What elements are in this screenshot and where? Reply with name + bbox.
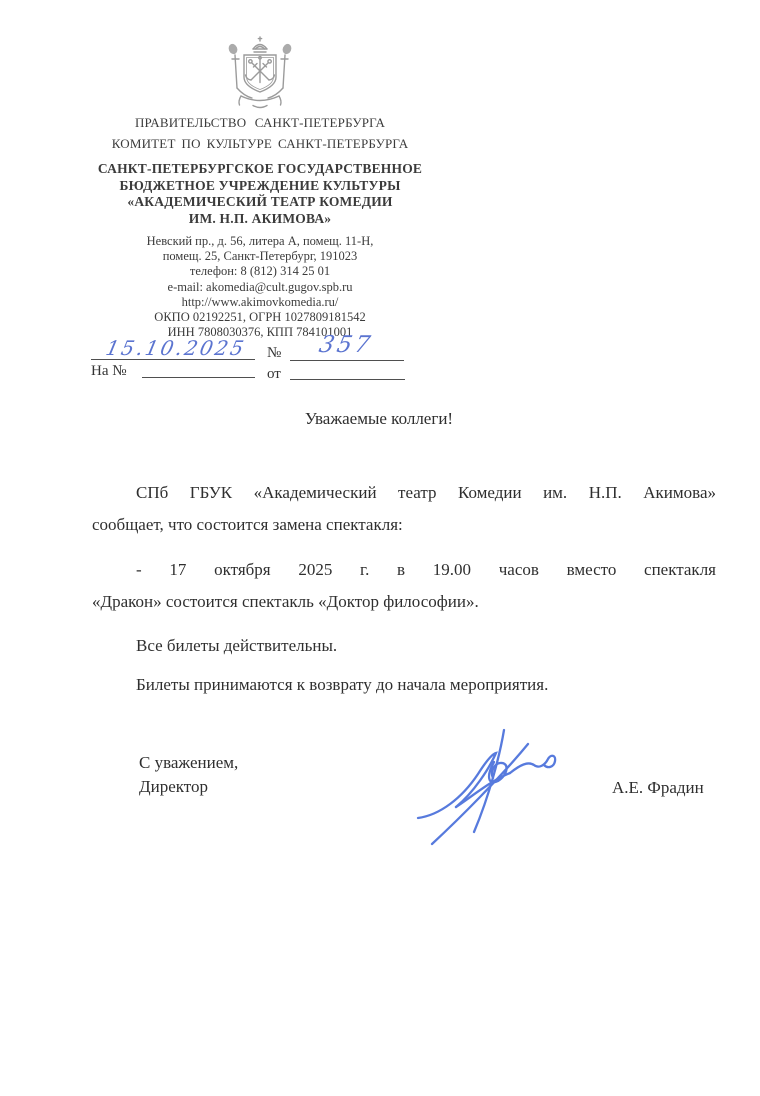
org-name-line-1: САНКТ-ПЕТЕРБУРГСКОЕ ГОСУДАРСТВЕННОЕ [88,161,432,178]
reply-from-date-label: от [267,365,281,383]
closing-line-regards: С уважением, [139,751,238,775]
registration-codes-line-1: ОКПО 02192251, ОГРН 1027809181542 [88,310,432,325]
email-line: e-mail: akomedia@cult.gugov.spb.ru [88,280,432,295]
committee-line: КОМИТЕТ ПО КУЛЬТУРЕ САНКТ-ПЕТЕРБУРГА [88,136,432,152]
paragraph-refunds: Билеты принимаются к возврату до начала … [136,669,696,701]
outgoing-date-handwritten: 15.10.2025 [98,336,253,360]
saint-petersburg-coat-of-arms-icon [223,36,297,112]
address-line-2: помещ. 25, Санкт-Петербург, 191023 [88,249,432,264]
paragraph-announcement: СПб ГБУК «Академический театр Комедии им… [92,477,716,540]
paragraph-replacement-details: - 17 октября 2025 г. в 19.00 часов вмест… [92,554,716,617]
address-line-1: Невский пр., д. 56, литера А, помещ. 11-… [88,234,432,249]
date-underline [91,359,255,360]
organization-name: САНКТ-ПЕТЕРБУРГСКОЕ ГОСУДАРСТВЕННОЕ БЮДЖ… [88,161,432,227]
letterhead: ПРАВИТЕЛЬСТВО САНКТ-ПЕТЕРБУРГА КОМИТЕТ П… [88,36,432,340]
paragraph-line: СПб ГБУК «Академический театр Комедии им… [92,477,716,509]
org-name-line-2: БЮДЖЕТНОЕ УЧРЕЖДЕНИЕ КУЛЬТУРЫ [88,178,432,195]
number-sign-label: № [267,344,281,362]
website-line: http://www.akimovkomedia.ru/ [88,295,432,310]
government-line: ПРАВИТЕЛЬСТВО САНКТ-ПЕТЕРБУРГА [88,115,432,131]
number-underline [290,360,404,361]
handwritten-signature [410,718,578,848]
paragraph-line: сообщает, что состоится замена спектакля… [92,509,716,541]
phone-line: телефон: 8 (812) 314 25 01 [88,264,432,279]
reply-date-underline [290,379,405,380]
paragraph-tickets-valid: Все билеты действительны. [136,630,696,662]
closing-line-title: Директор [139,775,238,799]
closing-block: С уважением, Директор [139,751,238,798]
paragraph-line: - 17 октября 2025 г. в 19.00 часов вмест… [92,554,716,586]
reply-to-number-label: На № [91,362,127,380]
contact-details: Невский пр., д. 56, литера А, помещ. 11-… [88,234,432,340]
outgoing-number-handwritten: 357 [293,332,399,358]
reply-number-underline [142,377,255,378]
org-name-line-3: «АКАДЕМИЧЕСКИЙ ТЕАТР КОМЕДИИ [88,194,432,211]
reference-block: 15.10.2025 № 357 На № от [91,336,425,392]
org-name-line-4: ИМ. Н.П. АКИМОВА» [88,211,432,228]
signer-name: А.Е. Фрадин [612,778,704,798]
letter-page: ПРАВИТЕЛЬСТВО САНКТ-ПЕТЕРБУРГА КОМИТЕТ П… [0,0,760,1096]
paragraph-line: «Дракон» состоится спектакль «Доктор фил… [92,586,716,618]
salutation: Уважаемые коллеги! [92,409,666,429]
